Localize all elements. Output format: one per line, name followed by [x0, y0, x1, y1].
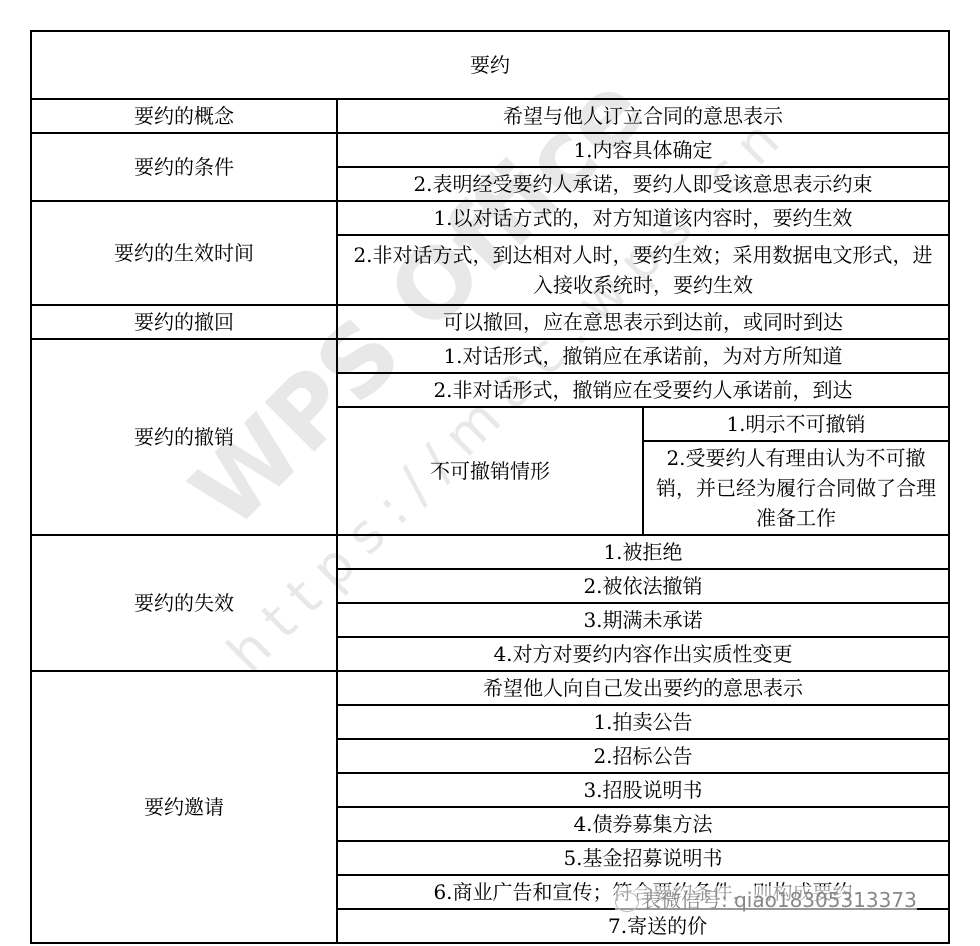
withdrawal-value: 可以撤回，应在意思表示到达前，或同时到达: [337, 305, 949, 339]
invitation-item: 7.寄送的价: [337, 909, 949, 943]
irrevocable-label: 不可撤销情形: [337, 407, 643, 535]
row-label-invitation: 要约邀请: [31, 671, 337, 943]
lapse-item: 2.被依法撤销: [337, 569, 949, 603]
row-label-withdrawal: 要约的撤回: [31, 305, 337, 339]
row-label-conditions: 要约的条件: [31, 133, 337, 201]
invitation-item: 4.债券募集方法: [337, 807, 949, 841]
lapse-item: 1.被拒绝: [337, 535, 949, 569]
wechat-id: 表微信号: qiao18305313373: [641, 888, 917, 912]
effective-time-item: 1.以对话方式的，对方知道该内容时，要约生效: [337, 201, 949, 235]
row-label-revocation: 要约的撤销: [31, 339, 337, 535]
effective-time-item: 2.非对话方式，到达相对人时，要约生效；采用数据电文形式，进入接收系统时，要约生…: [337, 235, 949, 305]
condition-item: 2.表明经受要约人承诺，要约人即受该意思表示约束: [337, 167, 949, 201]
row-label-lapse: 要约的失效: [31, 535, 337, 671]
contract-offer-table: 要约 要约的概念 希望与他人订立合同的意思表示 要约的条件 1.内容具体确定 2…: [30, 30, 950, 944]
invitation-definition: 希望他人向自己发出要约的意思表示: [337, 671, 949, 705]
invitation-item: 3.招股说明书: [337, 773, 949, 807]
row-label-effective-time: 要约的生效时间: [31, 201, 337, 305]
revocation-item: 1.对话形式，撤销应在承诺前，为对方所知道: [337, 339, 949, 373]
lapse-item: 3.期满未承诺: [337, 603, 949, 637]
invitation-item: 5.基金招募说明书: [337, 841, 949, 875]
lapse-item: 4.对方对要约内容作出实质性变更: [337, 637, 949, 671]
wechat-watermark: 表微信号: qiao18305313373: [615, 886, 917, 914]
row-label-concept: 要约的概念: [31, 99, 337, 133]
irrevocable-item: 1.明示不可撤销: [643, 407, 949, 441]
table-title: 要约: [31, 31, 949, 99]
revocation-item: 2.非对话形式，撤销应在受要约人承诺前，到达: [337, 373, 949, 407]
wechat-icon: [615, 892, 639, 912]
irrevocable-item: 2.受要约人有理由认为不可撤销，并已经为履行合同做了合理准备工作: [643, 441, 949, 535]
concept-value: 希望与他人订立合同的意思表示: [337, 99, 949, 133]
invitation-item: 2.招标公告: [337, 739, 949, 773]
invitation-item: 1.拍卖公告: [337, 705, 949, 739]
condition-item: 1.内容具体确定: [337, 133, 949, 167]
